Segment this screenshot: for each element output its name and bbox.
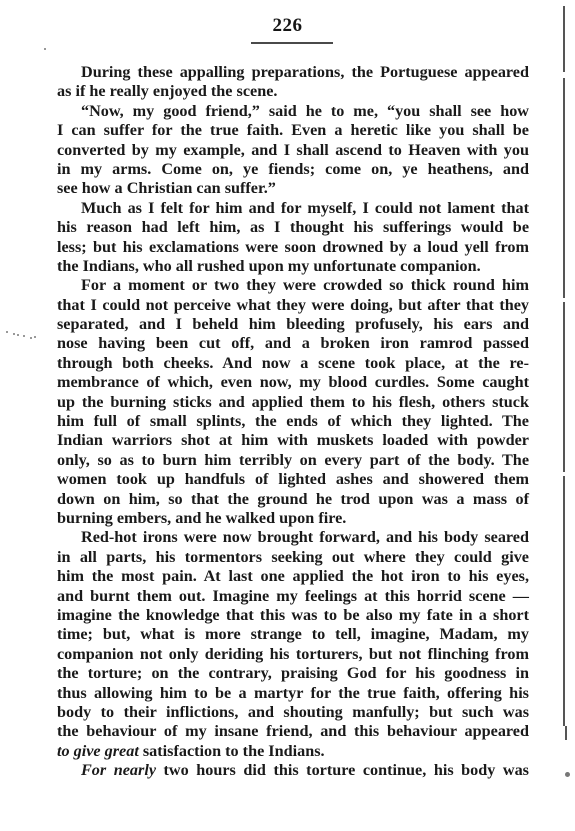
line-text: the torture; on the contrary, praising G…: [57, 664, 529, 682]
book-page: 226 During these appalling preparations,…: [0, 0, 575, 831]
text-line: through both cheeks. And now a scene too…: [57, 354, 529, 373]
text-line: him full of small splints, the ends of w…: [57, 412, 529, 431]
line-text: I can suffer for the true faith. Even a …: [57, 121, 529, 139]
text-line: Red-hot irons were now brought forward, …: [57, 528, 529, 547]
text-line: the torture; on the contrary, praising G…: [57, 664, 529, 683]
line-text: and burnt them out. Imagine my feelings …: [57, 587, 529, 605]
line-text: the Indians, who all rushed upon my unfo…: [57, 257, 481, 275]
italic-text: For nearly: [81, 761, 156, 779]
text-line: down on him, so that the ground he trod …: [57, 490, 529, 509]
page-number: 226: [0, 15, 575, 37]
line-text: nose having been cut off, and a broken i…: [57, 334, 529, 352]
line-text: him the most pain. At last one applied t…: [57, 567, 529, 585]
line-text: women took up handfuls of lighted ashes …: [57, 470, 529, 488]
text-line: time; but, what is more strange to tell,…: [57, 625, 529, 644]
text-line: membrance of which, even now, my blood c…: [57, 373, 529, 392]
text-line: For a moment or two they were crowded so…: [57, 276, 529, 295]
text-line: up the burning sticks and applied them t…: [57, 393, 529, 412]
line-text: as if he really enjoyed the scene.: [57, 82, 277, 100]
page-edge-shadow: [563, 302, 565, 472]
text-line: I can suffer for the true faith. Even a …: [57, 121, 529, 140]
line-text: the behaviour of my insane friend, and t…: [57, 722, 529, 740]
text-line: body to their inflictions, and shouting …: [57, 703, 529, 722]
line-text: companion not only deriding his torturer…: [57, 645, 529, 663]
page-edge-shadow: [563, 78, 565, 298]
text-line: to give great satisfaction to the Indian…: [57, 742, 529, 761]
text-line: that I could not perceive what they were…: [57, 296, 529, 315]
text-line: burning embers, and he walked upon fire.: [57, 509, 529, 528]
text-line: During these appalling preparations, the…: [57, 63, 529, 82]
line-text: body to their inflictions, and shouting …: [57, 703, 529, 721]
line-text: time; but, what is more strange to tell,…: [57, 625, 529, 643]
text-line: companion not only deriding his torturer…: [57, 645, 529, 664]
text-line: the Indians, who all rushed upon my unfo…: [57, 257, 529, 276]
text-line: Indian warriors shot at him with muskets…: [57, 431, 529, 450]
text-line: thus allowing him to be a martyr for the…: [57, 684, 529, 703]
line-text: in my arms. Come on, ye fiends; come on,…: [57, 160, 529, 178]
line-text: down on him, so that the ground he trod …: [57, 490, 529, 508]
text-line: women took up handfuls of lighted ashes …: [57, 470, 529, 489]
line-text: separated, and I beheld him bleeding pro…: [57, 315, 529, 333]
text-line: the behaviour of my insane friend, and t…: [57, 722, 529, 741]
text-line: in my arms. Come on, ye fiends; come on,…: [57, 160, 529, 179]
line-text: him full of small splints, the ends of w…: [57, 412, 529, 430]
text-line: him the most pain. At last one applied t…: [57, 567, 529, 586]
line-text: his reason had left him, as I thought hi…: [57, 218, 529, 236]
scan-artifact: [6, 330, 38, 340]
scan-speck: [44, 48, 46, 50]
text-line: his reason had left him, as I thought hi…: [57, 218, 529, 237]
line-text: For a moment or two they were crowded so…: [81, 276, 529, 294]
page-edge-shadow: [565, 726, 567, 740]
text-line: separated, and I beheld him bleeding pro…: [57, 315, 529, 334]
line-text: converted by my example, and I shall asc…: [57, 141, 529, 159]
text-line: only, so as to burn him terribly on ever…: [57, 451, 529, 470]
line-text: in all parts, his tormentors seeking out…: [57, 548, 529, 566]
line-text: up the burning sticks and applied them t…: [57, 393, 529, 411]
line-text: less; but his exclamations were soon dro…: [57, 238, 529, 256]
page-edge-shadow: [563, 476, 565, 726]
line-text: satisfaction to the Indians.: [139, 742, 325, 760]
text-line: as if he really enjoyed the scene.: [57, 82, 529, 101]
line-text: “Now, my good friend,” said he to me, “y…: [81, 102, 529, 120]
line-text: During these appalling preparations, the…: [81, 63, 529, 81]
line-text: burning embers, and he walked upon fire.: [57, 509, 346, 527]
line-text: through both cheeks. And now a scene too…: [57, 354, 529, 372]
line-text: imagine the knowledge that this was to b…: [57, 606, 529, 624]
text-line: and burnt them out. Imagine my feelings …: [57, 587, 529, 606]
line-text: Red-hot irons were now brought forward, …: [81, 528, 529, 546]
line-text: two hours did this torture continue, his…: [156, 761, 529, 779]
page-number-rule: [251, 42, 333, 44]
text-line: less; but his exclamations were soon dro…: [57, 238, 529, 257]
text-line: imagine the knowledge that this was to b…: [57, 606, 529, 625]
line-text: only, so as to burn him terribly on ever…: [57, 451, 529, 469]
page-edge-shadow: [563, 6, 565, 72]
line-text: membrance of which, even now, my blood c…: [57, 373, 529, 391]
text-line: in all parts, his tormentors seeking out…: [57, 548, 529, 567]
scan-speck: [565, 772, 570, 777]
body-text: During these appalling preparations, the…: [57, 63, 529, 780]
line-text: Much as I felt for him and for myself, I…: [81, 199, 529, 217]
text-line: Much as I felt for him and for myself, I…: [57, 199, 529, 218]
text-line: converted by my example, and I shall asc…: [57, 141, 529, 160]
text-line: see how a Christian can suffer.”: [57, 179, 529, 198]
text-line: For nearly two hours did this torture co…: [57, 761, 529, 780]
text-line: “Now, my good friend,” said he to me, “y…: [57, 102, 529, 121]
italic-text: to give great: [57, 742, 139, 760]
line-text: see how a Christian can suffer.”: [57, 179, 276, 197]
line-text: thus allowing him to be a martyr for the…: [57, 684, 529, 702]
text-line: nose having been cut off, and a broken i…: [57, 334, 529, 353]
line-text: that I could not perceive what they were…: [57, 296, 529, 314]
line-text: Indian warriors shot at him with muskets…: [57, 431, 529, 449]
